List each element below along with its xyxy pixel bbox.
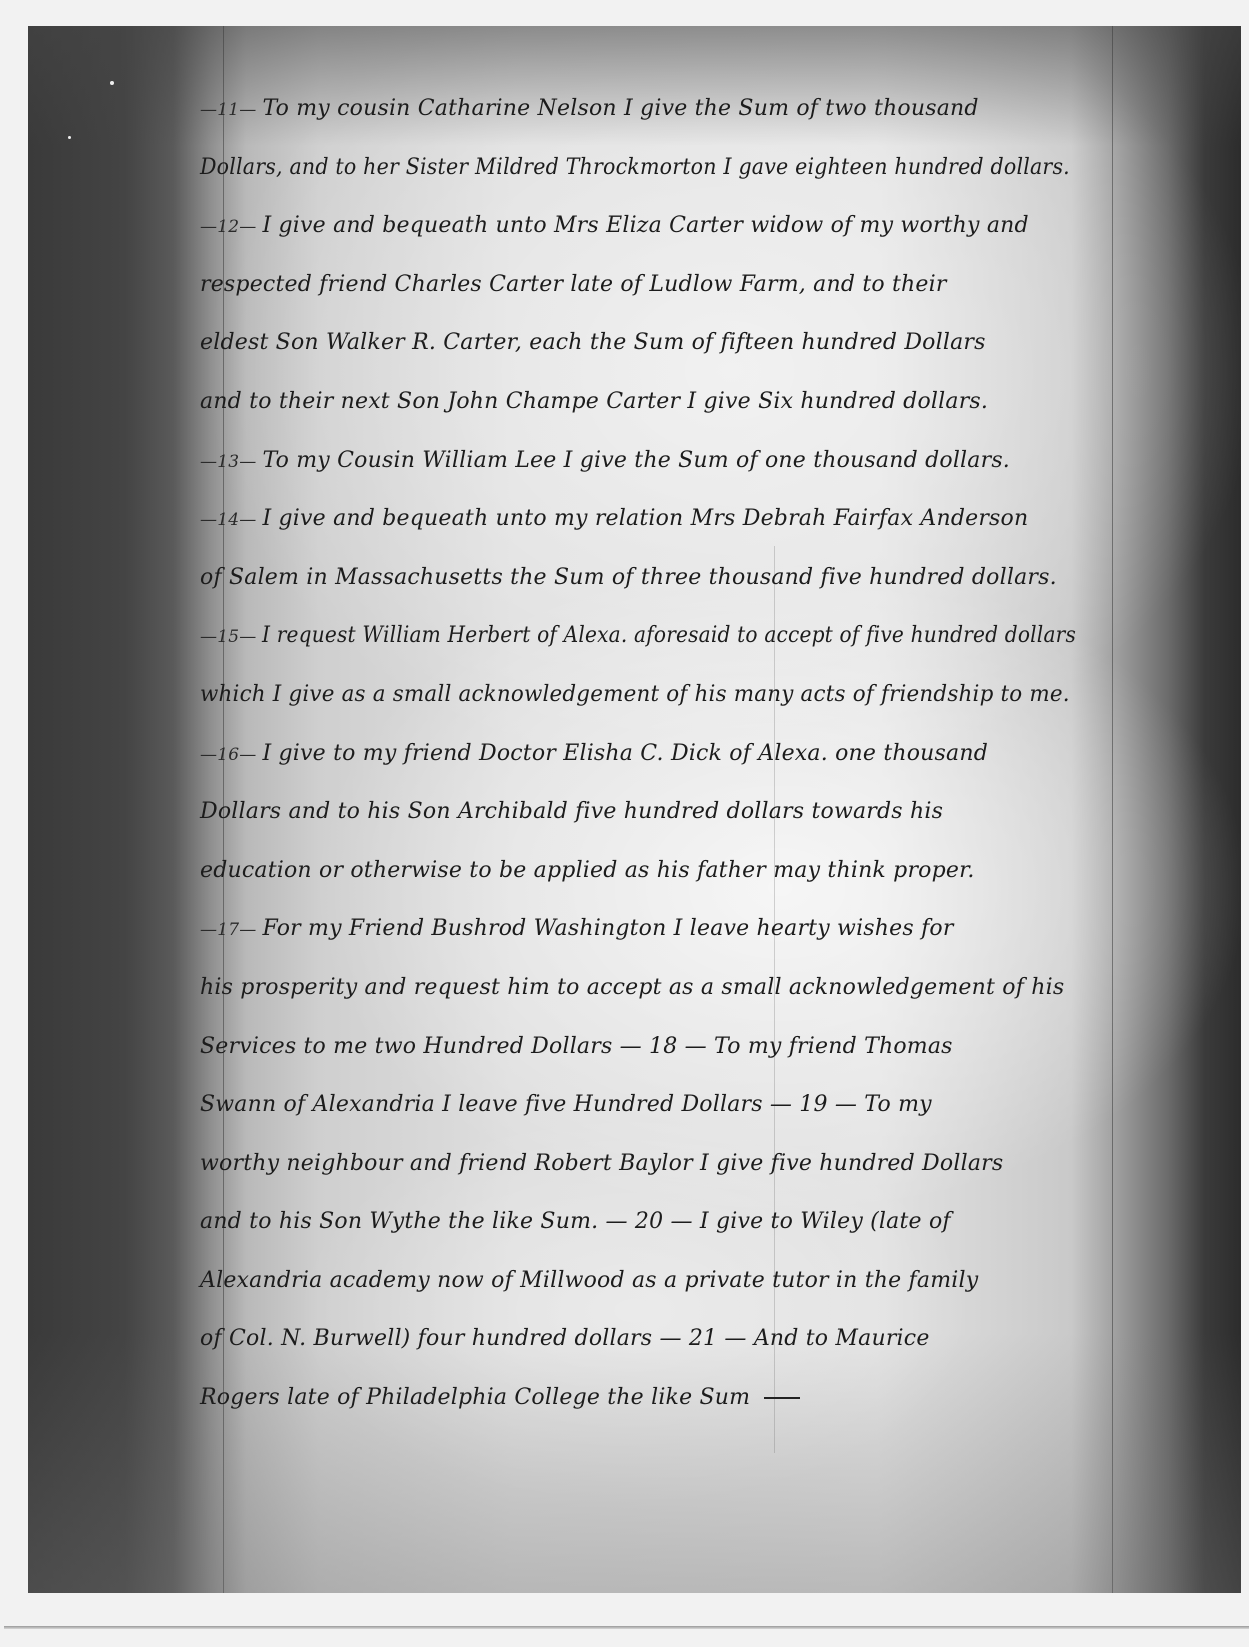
item-number: —17— <box>200 901 256 960</box>
line-text: To my Cousin William Lee I give the Sum … <box>262 432 1010 491</box>
line-text: eldest Son Walker R. Carter, each the Su… <box>200 314 986 373</box>
manuscript-line: and to their next Son John Champe Carter… <box>200 373 1080 432</box>
item-number: —16— <box>200 726 256 785</box>
manuscript-line: Dollars and to his Son Archibald five hu… <box>200 783 1080 842</box>
item-number: —15— <box>200 608 256 667</box>
line-text: and to his Son Wythe the like Sum. — 20 … <box>200 1193 951 1252</box>
line-text: I give to my friend Doctor Elisha C. Dic… <box>262 725 988 784</box>
manuscript-line: his prosperity and request him to accept… <box>200 959 1080 1018</box>
manuscript-line: Alexandria academy now of Millwood as a … <box>200 1252 1080 1311</box>
line-text: and to their next Son John Champe Carter… <box>200 373 988 432</box>
line-text: To my cousin Catharine Nelson I give the… <box>262 80 978 139</box>
line-text: For my Friend Bushrod Washington I leave… <box>262 900 953 959</box>
closing-dash <box>764 1397 800 1399</box>
manuscript-line: respected friend Charles Carter late of … <box>200 256 1080 315</box>
line-text: Dollars, and to her Sister Mildred Throc… <box>200 139 1070 198</box>
line-text: worthy neighbour and friend Robert Baylo… <box>200 1135 1003 1194</box>
scanner-background: —11—To my cousin Catharine Nelson I give… <box>0 0 1249 1647</box>
line-text: of Salem in Massachusetts the Sum of thr… <box>200 549 1057 608</box>
line-text: Swann of Alexandria I leave five Hundred… <box>200 1076 932 1135</box>
item-number: —11— <box>200 81 256 140</box>
line-text: of Col. N. Burwell) four hundred dollars… <box>200 1310 930 1369</box>
manuscript-line: of Col. N. Burwell) four hundred dollars… <box>200 1310 1080 1369</box>
manuscript-line: which I give as a small acknowledgement … <box>200 666 1080 725</box>
manuscript-line: education or otherwise to be applied as … <box>200 842 1080 901</box>
manuscript-line: —16—I give to my friend Doctor Elisha C.… <box>200 725 1080 784</box>
line-text: Dollars and to his Son Archibald five hu… <box>200 783 943 842</box>
manuscript-line: of Salem in Massachusetts the Sum of thr… <box>200 549 1080 608</box>
line-text: I give and bequeath unto Mrs Eliza Carte… <box>262 197 1028 256</box>
dust-speck <box>110 81 114 85</box>
line-text: Services to me two Hundred Dollars — 18 … <box>200 1018 953 1077</box>
manuscript-line: —14—I give and bequeath unto my relation… <box>200 490 1080 549</box>
manuscript-line: eldest Son Walker R. Carter, each the Su… <box>200 314 1080 373</box>
right-margin-rule <box>1112 26 1113 1593</box>
manuscript-line: and to his Son Wythe the like Sum. — 20 … <box>200 1193 1080 1252</box>
manuscript-line: —11—To my cousin Catharine Nelson I give… <box>200 80 1080 139</box>
manuscript-text: —11—To my cousin Catharine Nelson I give… <box>200 80 1080 1428</box>
line-text: his prosperity and request him to accept… <box>200 959 1064 1018</box>
manuscript-line: —15—I request William Herbert of Alexa. … <box>200 607 1080 666</box>
line-text: I request William Herbert of Alexa. afor… <box>262 607 1076 666</box>
line-text: respected friend Charles Carter late of … <box>200 256 947 315</box>
line-text: education or otherwise to be applied as … <box>200 842 975 901</box>
item-number: —12— <box>200 198 256 257</box>
manuscript-line: Swann of Alexandria I leave five Hundred… <box>200 1076 1080 1135</box>
manuscript-line: —17—For my Friend Bushrod Washington I l… <box>200 900 1080 959</box>
manuscript-line: —13—To my Cousin William Lee I give the … <box>200 432 1080 491</box>
manuscript-line: —12—I give and bequeath unto Mrs Eliza C… <box>200 197 1080 256</box>
line-text: I give and bequeath unto my relation Mrs… <box>262 490 1028 549</box>
line-text: which I give as a small acknowledgement … <box>200 666 1070 725</box>
item-number: —13— <box>200 433 256 492</box>
manuscript-line: Services to me two Hundred Dollars — 18 … <box>200 1018 1080 1077</box>
line-text: Alexandria academy now of Millwood as a … <box>200 1252 978 1311</box>
manuscript-line: Rogers late of Philadelphia College the … <box>200 1369 1080 1428</box>
manuscript-line: Dollars, and to her Sister Mildred Throc… <box>200 139 1080 198</box>
line-text: Rogers late of Philadelphia College the … <box>200 1369 750 1428</box>
dust-speck <box>68 136 71 139</box>
manuscript-line: worthy neighbour and friend Robert Baylo… <box>200 1135 1080 1194</box>
item-number: —14— <box>200 491 256 550</box>
